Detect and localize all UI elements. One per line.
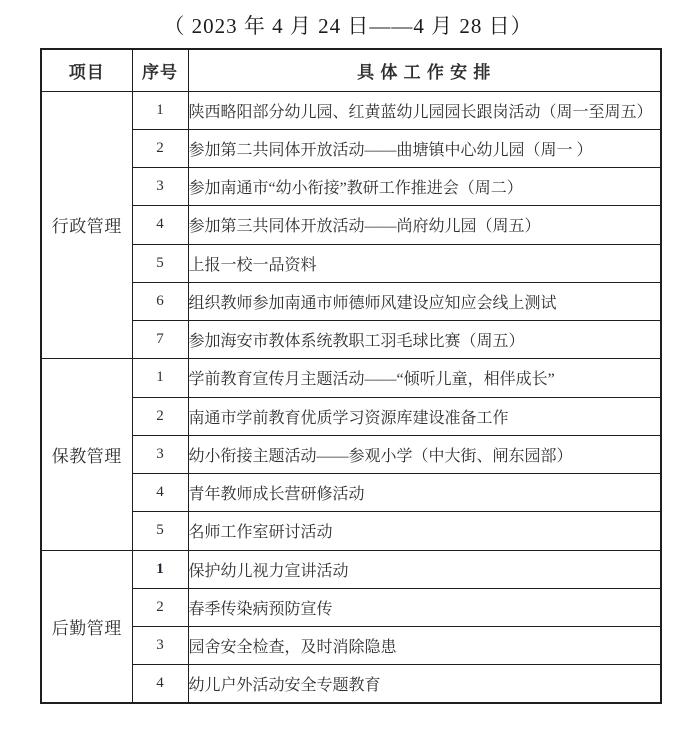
row-number: 2	[132, 129, 188, 167]
row-number: 4	[132, 665, 188, 703]
task-cell: 幼小衔接主题活动——参观小学（中大街、闸东园部）	[188, 435, 661, 473]
table-row: 3幼小衔接主题活动——参观小学（中大街、闸东园部）	[41, 435, 661, 473]
table-header-row: 项目 序号 具 体 工 作 安 排	[41, 49, 661, 91]
row-number: 4	[132, 474, 188, 512]
work-schedule-table: 项目 序号 具 体 工 作 安 排 行政管理1陕西略阳部分幼儿园、红黄蓝幼儿园园…	[40, 48, 662, 704]
table-row: 3参加南通市“幼小衔接”教研工作推进会（周二）	[41, 168, 661, 206]
row-number: 1	[132, 91, 188, 129]
table-row: 5上报一校一品资料	[41, 244, 661, 282]
task-cell: 组织教师参加南通市师德师风建设应知应会线上测试	[188, 282, 661, 320]
table-row: 2参加第二共同体开放活动——曲塘镇中心幼儿园（周一 ）	[41, 129, 661, 167]
row-number: 5	[132, 512, 188, 550]
task-cell: 园舍安全检查，及时消除隐患	[188, 627, 661, 665]
row-number: 7	[132, 321, 188, 359]
task-cell: 幼儿户外活动安全专题教育	[188, 665, 661, 703]
row-number: 4	[132, 206, 188, 244]
task-cell: 参加第二共同体开放活动——曲塘镇中心幼儿园（周一 ）	[188, 129, 661, 167]
table-row: 4参加第三共同体开放活动——尚府幼儿园（周五）	[41, 206, 661, 244]
task-cell: 参加南通市“幼小衔接”教研工作推进会（周二）	[188, 168, 661, 206]
row-number: 6	[132, 282, 188, 320]
table-row: 4幼儿户外活动安全专题教育	[41, 665, 661, 703]
task-cell: 上报一校一品资料	[188, 244, 661, 282]
row-number: 3	[132, 627, 188, 665]
page-title: （ 2023 年 4 月 24 日——4 月 28 日）	[0, 10, 696, 40]
table-row: 后勤管理1保护幼儿视力宣讲活动	[41, 550, 661, 588]
category-cell: 保教管理	[41, 359, 132, 550]
task-cell: 参加第三共同体开放活动——尚府幼儿园（周五）	[188, 206, 661, 244]
task-cell: 陕西略阳部分幼儿园、红黄蓝幼儿园园长跟岗活动（周一至周五）	[188, 91, 661, 129]
task-cell: 名师工作室研讨活动	[188, 512, 661, 550]
row-number: 2	[132, 397, 188, 435]
table-row: 行政管理1陕西略阳部分幼儿园、红黄蓝幼儿园园长跟岗活动（周一至周五）	[41, 91, 661, 129]
row-number: 3	[132, 168, 188, 206]
table-row: 6组织教师参加南通市师德师风建设应知应会线上测试	[41, 282, 661, 320]
task-cell: 参加海安市教体系统教职工羽毛球比赛（周五）	[188, 321, 661, 359]
row-number: 3	[132, 435, 188, 473]
task-cell: 青年教师成长营研修活动	[188, 474, 661, 512]
table-row: 保教管理1学前教育宣传月主题活动——“倾听儿童，相伴成长”	[41, 359, 661, 397]
header-project: 项目	[41, 49, 132, 91]
task-cell: 保护幼儿视力宣讲活动	[188, 550, 661, 588]
table-row: 3园舍安全检查，及时消除隐患	[41, 627, 661, 665]
table-row: 2南通市学前教育优质学习资源库建设准备工作	[41, 397, 661, 435]
table-row: 4青年教师成长营研修活动	[41, 474, 661, 512]
category-cell: 后勤管理	[41, 550, 132, 703]
category-cell: 行政管理	[41, 91, 132, 359]
header-no: 序号	[132, 49, 188, 91]
document-page: { "title": "（ 2023 年 4 月 24 日——4 月 28 日）…	[0, 0, 696, 732]
table-row: 2春季传染病预防宣传	[41, 588, 661, 626]
table-row: 5名师工作室研讨活动	[41, 512, 661, 550]
table-body: 行政管理1陕西略阳部分幼儿园、红黄蓝幼儿园园长跟岗活动（周一至周五）2参加第二共…	[41, 91, 661, 703]
table-row: 7参加海安市教体系统教职工羽毛球比赛（周五）	[41, 321, 661, 359]
header-task: 具 体 工 作 安 排	[188, 49, 661, 91]
task-cell: 南通市学前教育优质学习资源库建设准备工作	[188, 397, 661, 435]
row-number: 1	[132, 550, 188, 588]
row-number: 5	[132, 244, 188, 282]
row-number: 2	[132, 588, 188, 626]
task-cell: 春季传染病预防宣传	[188, 588, 661, 626]
row-number: 1	[132, 359, 188, 397]
task-cell: 学前教育宣传月主题活动——“倾听儿童，相伴成长”	[188, 359, 661, 397]
